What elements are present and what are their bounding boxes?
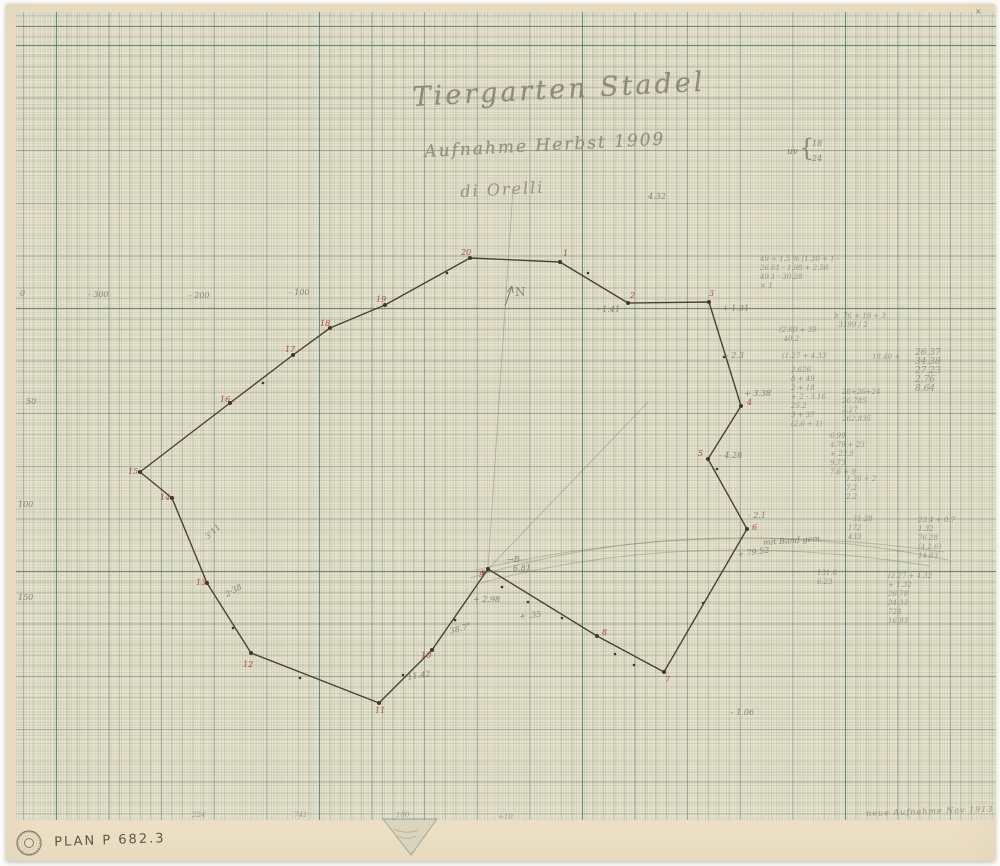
vertex-number: 3 xyxy=(709,290,714,298)
measurement-note: + 2.98 xyxy=(473,596,500,604)
calc-block: 131.8 6.23 xyxy=(817,569,837,587)
axis-label-bottom: 100 xyxy=(396,812,409,819)
vertex-number: 10 xyxy=(421,652,431,660)
calc-block: (2.27 + 4.32 + 1.32 26.78 34.33 723 16.9… xyxy=(888,572,932,626)
axis-label-left: 50 xyxy=(26,398,36,406)
calc-block: 2.626 8 + 49 2 + 18 + 2 - 3.16 25.2 3 + … xyxy=(791,366,826,429)
vertex-number: 12 xyxy=(243,661,253,669)
calc-block: 6.99 4.79 + 23 + 23.9 9.73 7.6 + 9 xyxy=(830,432,865,477)
axis-label-mid: - 100 xyxy=(289,289,310,297)
calc-block: - 31.28 172 433 xyxy=(848,515,873,542)
axis-label-bottom: 224 xyxy=(192,812,205,819)
axis-label-left: 100 xyxy=(18,501,33,509)
scanned-survey-plan: Tiergarten Stadel Aufnahme Herbst 1909 d… xyxy=(0,0,1000,866)
measurement-note: 6.81 xyxy=(513,565,531,573)
calc-block: 18.40 + xyxy=(872,353,900,362)
measurement-note: →B xyxy=(507,556,520,564)
measurement-note: + 1.31 xyxy=(722,305,749,313)
plan-number: PLAN P 682.3 xyxy=(54,832,166,849)
vertex-number: 18 xyxy=(320,320,330,328)
vertex-number: 11 xyxy=(375,707,385,715)
corner-note-prefix: uv xyxy=(787,148,798,157)
calc-block: 28+26+24 26.785 2.27 262.835 xyxy=(842,388,880,424)
calc-block: (2.60 + 39 40.2 xyxy=(779,326,817,344)
measurement-note: × xyxy=(975,8,982,16)
axis-label-mid: - 300 xyxy=(88,291,109,299)
corner-note-upper: 18 xyxy=(812,140,822,148)
measurement-note: - 2.1 xyxy=(748,512,766,520)
measurement-note: + 3.38 xyxy=(744,390,771,398)
vertex-number: 1 xyxy=(563,250,568,258)
north-label: N xyxy=(515,286,526,298)
vertex-number: 19 xyxy=(376,296,386,304)
vertex-number: 7 xyxy=(665,676,670,684)
vertex-number: 5 xyxy=(698,450,703,458)
calc-block: (1.27 + 4.33 xyxy=(782,352,826,361)
axis-label-left: 150 xyxy=(18,594,33,602)
vertex-number: 2 xyxy=(630,292,635,300)
vertex-number: 16 xyxy=(220,396,230,404)
vertex-number: 14 xyxy=(160,494,170,502)
vertex-number: 17 xyxy=(285,346,295,354)
axis-label-bottom: +10 xyxy=(498,814,513,821)
calc-block: b 76 + 19 + 3 3199 / 2 xyxy=(834,312,886,330)
vertex-number: 20 xyxy=(461,249,471,257)
calc-block: 49 + 1.5 % (1.30 + 1 - 26.61 - 1.98 + 2.… xyxy=(760,255,839,291)
axis-label-bottom: 741 xyxy=(294,812,307,819)
vertex-number: 8 xyxy=(602,629,607,637)
corner-note-lower: 24 xyxy=(812,155,822,163)
calc-block: 1.26 + 2 7.2 2.2 xyxy=(846,475,876,502)
axis-label-mid: - 200 xyxy=(189,292,210,300)
calc-block: 26.37 34.38 27.23 2.76 8.64 xyxy=(915,349,941,394)
measurement-note: - 4.28 xyxy=(719,452,742,460)
vertex-number: 4 xyxy=(747,399,752,407)
measurement-note: - 2.3 xyxy=(726,352,744,360)
vertex-number: 13 xyxy=(196,579,206,587)
plan-author: di Orelli xyxy=(460,180,545,200)
vertex-number: 15 xyxy=(128,468,138,476)
axis-label-left: 0 xyxy=(20,290,25,298)
measurement-note: - 1.06 xyxy=(731,709,754,717)
vertex-number: 6 xyxy=(752,524,757,532)
calc-block: 23.4 + 0.7 1.32 76.28 (4.2.6) 14.03 xyxy=(918,516,955,561)
measurement-note: - 1.41 xyxy=(597,306,620,314)
measurement-note: 4.32 xyxy=(648,193,666,201)
vertex-number: 9 xyxy=(479,571,484,579)
